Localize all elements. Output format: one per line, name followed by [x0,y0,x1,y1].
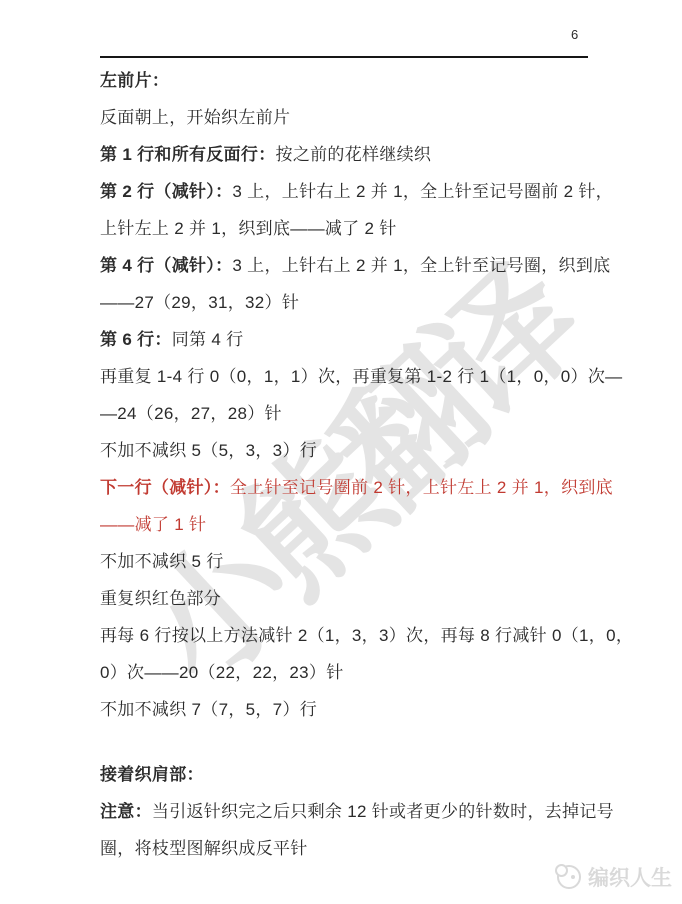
text-line: 圈，将枝型图解织成反平针 [100,830,590,867]
text-line: 接着织肩部： [100,756,590,793]
text-run: 上针左上 2 并 1，织到底——减了 2 针 [100,219,397,238]
highlighted-text-run: 下一行（减针）： [100,478,230,497]
paragraph-gap [100,728,590,756]
text-run: 3 上，上针右上 2 并 1，全上针至记号圈，织到底 [232,256,610,275]
text-line: 第 4 行（减针）：3 上，上针右上 2 并 1，全上针至记号圈，织到底 [100,247,590,284]
text-line: ——减了 1 针 [100,506,590,543]
text-run: 第 4 行（减针）： [100,256,232,275]
footer-logo: 编织人生 [557,862,672,892]
text-line: 注意：当引返针织完之后只剩余 12 针或者更少的针数时，去掉记号 [100,793,590,830]
page-number: 6 [571,27,578,42]
highlighted-text-run: 全上针至记号圈前 2 针，上针左上 2 并 1，织到底 [230,478,613,497]
text-line: 0）次——20（22，22，23）针 [100,654,590,691]
text-run: 当引返针织完之后只剩余 12 针或者更少的针数时，去掉记号 [152,802,614,821]
text-run: 注意： [100,802,152,821]
text-line: 再重复 1-4 行 0（0，1，1）次，再重复第 1-2 行 1（1，0，0）次… [100,358,590,395]
text-line: 不加不减织 5 行 [100,543,590,580]
text-run: 第 6 行： [100,330,172,349]
text-line: ——27（29，31，32）针 [100,284,590,321]
text-run: ——27（29，31，32）针 [100,293,299,312]
brand-name: 编织人生 [588,862,672,892]
text-run: 第 1 行和所有反面行： [100,145,276,164]
text-line: 不加不减织 5（5，3，3）行 [100,432,590,469]
text-run: 按之前的花样继续织 [276,145,432,164]
text-run: 不加不减织 7（7，5，7）行 [100,700,317,719]
text-run: 3 上，上针右上 2 并 1，全上针至记号圈前 2 针， [232,182,613,201]
text-run: 圈，将枝型图解织成反平针 [100,839,308,858]
text-run: 不加不减织 5 行 [100,552,224,571]
text-line: 反面朝上，开始织左前片 [100,99,590,136]
text-run: 反面朝上，开始织左前片 [100,108,290,127]
text-run: 再重复 1-4 行 0（0，1，1）次，再重复第 1-2 行 1（1，0，0）次… [100,367,622,386]
text-run: 同第 4 行 [172,330,244,349]
document-content: 左前片：反面朝上，开始织左前片第 1 行和所有反面行：按之前的花样继续织第 2 … [100,62,590,867]
text-run: 接着织肩部： [100,765,204,784]
text-line: 第 2 行（减针）：3 上，上针右上 2 并 1，全上针至记号圈前 2 针， [100,173,590,210]
highlighted-text-run: ——减了 1 针 [100,515,206,534]
text-run: 第 2 行（减针）： [100,182,232,201]
text-line: 再每 6 行按以上方法减针 2（1，3，3）次，再每 8 行减针 0（1，0， [100,617,590,654]
text-run: 不加不减织 5（5，3，3）行 [100,441,317,460]
text-line: 不加不减织 7（7，5，7）行 [100,691,590,728]
text-run: 0）次——20（22，22，23）针 [100,663,344,682]
text-line: 上针左上 2 并 1，织到底——减了 2 针 [100,210,590,247]
text-line: 第 1 行和所有反面行：按之前的花样继续织 [100,136,590,173]
text-line: 下一行（减针）：全上针至记号圈前 2 针，上针左上 2 并 1，织到底 [100,469,590,506]
text-run: 再每 6 行按以上方法减针 2（1，3，3）次，再每 8 行减针 0（1，0， [100,626,633,645]
text-run: 重复织红色部分 [100,589,221,608]
text-run: 左前片： [100,71,169,90]
text-line: 重复织红色部分 [100,580,590,617]
text-line: 第 6 行：同第 4 行 [100,321,590,358]
header-rule [100,56,588,58]
document-page: 6 小熊翻译 左前片：反面朝上，开始织左前片第 1 行和所有反面行：按之前的花样… [0,0,682,904]
text-line: —24（26，27，28）针 [100,395,590,432]
text-line: 左前片： [100,62,590,99]
brand-logo-icon [557,865,581,889]
text-run: —24（26，27，28）针 [100,404,282,423]
